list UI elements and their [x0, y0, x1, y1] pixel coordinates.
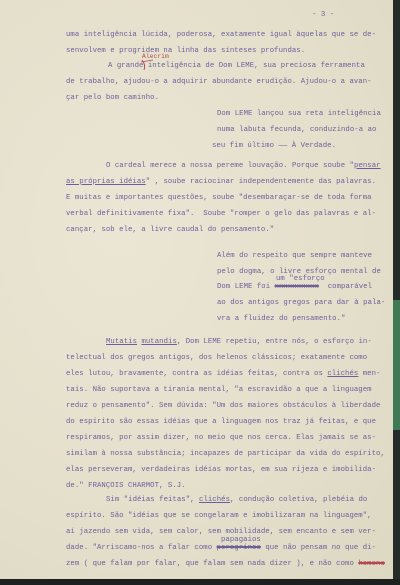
quote2-line3-text-end: comparável: [319, 283, 372, 291]
p3-line2-text: " , soube raciocinar independentemente d…: [146, 178, 376, 186]
p5-line5-text: zem ( que falam por falar, que falam sem…: [66, 560, 358, 568]
p5-line4-text: dade. "Arriscamo-nos a falar como: [66, 544, 217, 552]
p4-line4: tais. Não suportava a tirania mental, "a…: [66, 387, 372, 394]
quote2-line3-text: Dom LEME foi: [217, 283, 275, 291]
p3-line1: O cardeal merece a nossa pereme louvação…: [106, 163, 381, 170]
underlined-phrase: pensar: [354, 162, 381, 170]
red-corrected-word: homens: [358, 560, 385, 568]
p2-line1: A grande inteligência de Dom LEME, sua p…: [108, 63, 365, 70]
p4-line9: elas perseveram, verdadeiras idéias mort…: [66, 467, 376, 474]
quote2-line4: ao dos antigos gregos para dar à pala-: [217, 300, 385, 307]
p4-line7: respiramos, por assim dizer, no meio que…: [66, 435, 376, 442]
p3-line4: verbal definitivamente fixa". Soube "rom…: [66, 211, 376, 218]
quote1-line3: seu fim último —— À Verdade.: [212, 143, 336, 150]
p4-line10: de." FRANÇOIS CHARMOT, S.J.: [66, 483, 186, 490]
p4-line3-text: eles lutou, bravamente, contra as idéias…: [66, 370, 327, 378]
scanner-edge: [393, 0, 400, 585]
p5-line2: espírito. São "idéias que se congelaram …: [66, 513, 372, 520]
document-page: - 3 - uma inteligência lúcida, poderosa,…: [0, 0, 393, 579]
green-tab-edge: [393, 300, 400, 430]
p4-line3: eles lutou, bravamente, contra as idéias…: [66, 371, 380, 378]
underlined-latin-word: mutandis: [141, 338, 176, 346]
p4-line8: similam à nossa substância; incapazes de…: [66, 451, 385, 458]
page-number: - 3 -: [312, 12, 334, 19]
quote2-line3: Dom LEME foi xxxxxxxxxx comparável: [217, 284, 372, 291]
p3-line5: cançar, sob ele, a livre caudal do pensa…: [66, 227, 274, 234]
p4-line1-text: , Dom LEME repetiu, entre nós, o esforço…: [177, 338, 372, 346]
p3-line1-text: O cardeal merece a nossa pereme louvação…: [106, 162, 354, 170]
struck-out-text: peregrinos: [217, 544, 261, 552]
p3-line3: E muitas e importantes questões, soube "…: [66, 195, 372, 202]
p2-line3: çar pelo bom caminho.: [66, 95, 159, 102]
quote2-line5: vra a fluidez do pensamento.": [217, 316, 345, 323]
quote1-line1: Dom LEME lançou sua reta inteligência: [217, 111, 381, 118]
struck-out-text: xxxxxxxxxx: [275, 283, 319, 291]
p5-line5: zem ( que falam por falar, que falam sem…: [66, 561, 385, 568]
underlined-word: clichés: [199, 496, 230, 504]
p5-line1-text-end: , condução coletiva, plebéia do: [230, 496, 367, 504]
p5-line1: Sim "idéias feitas", clichés, condução c…: [106, 497, 367, 504]
p1-line2: senvolvem e progridem na linha das sínte…: [66, 48, 305, 55]
p2-line2: de trabalho, ajudou-o a adquirir abundan…: [66, 79, 372, 86]
underlined-phrase: as próprias idéias: [66, 178, 146, 186]
scanner-bottom-edge: [0, 579, 400, 585]
p5-line1-text: Sim "idéias feitas",: [106, 496, 199, 504]
p4-line3-text-end: men-: [358, 370, 380, 378]
quote1-line2: numa labuta fecunda, conduzindo-a ao: [217, 127, 376, 134]
p4-line6: do espírito são essas idéias que a lingu…: [66, 419, 376, 426]
underlined-word: clichés: [327, 370, 358, 378]
p4-line1: Mutatis mutandis, Dom LEME repetiu, entr…: [106, 339, 372, 346]
p4-line2: telectual dos gregos antigos, dos heleno…: [66, 355, 367, 362]
p4-line5: reduz o pensamento". Sem dúvida: "Um dos…: [66, 403, 380, 410]
underlined-latin-word: Mutatis: [106, 338, 137, 346]
p5-line4: dade. "Arriscamo-nos a falar como peregr…: [66, 545, 376, 552]
p3-line2: as próprias idéias" , soube raciocinar i…: [66, 179, 376, 186]
p1-line1: uma inteligência lúcida, poderosa, exata…: [66, 32, 376, 39]
p5-line4-text-end: que não pensam no que di-: [261, 544, 376, 552]
quote2-line1: Além do respeito que sempre manteve: [217, 253, 372, 260]
